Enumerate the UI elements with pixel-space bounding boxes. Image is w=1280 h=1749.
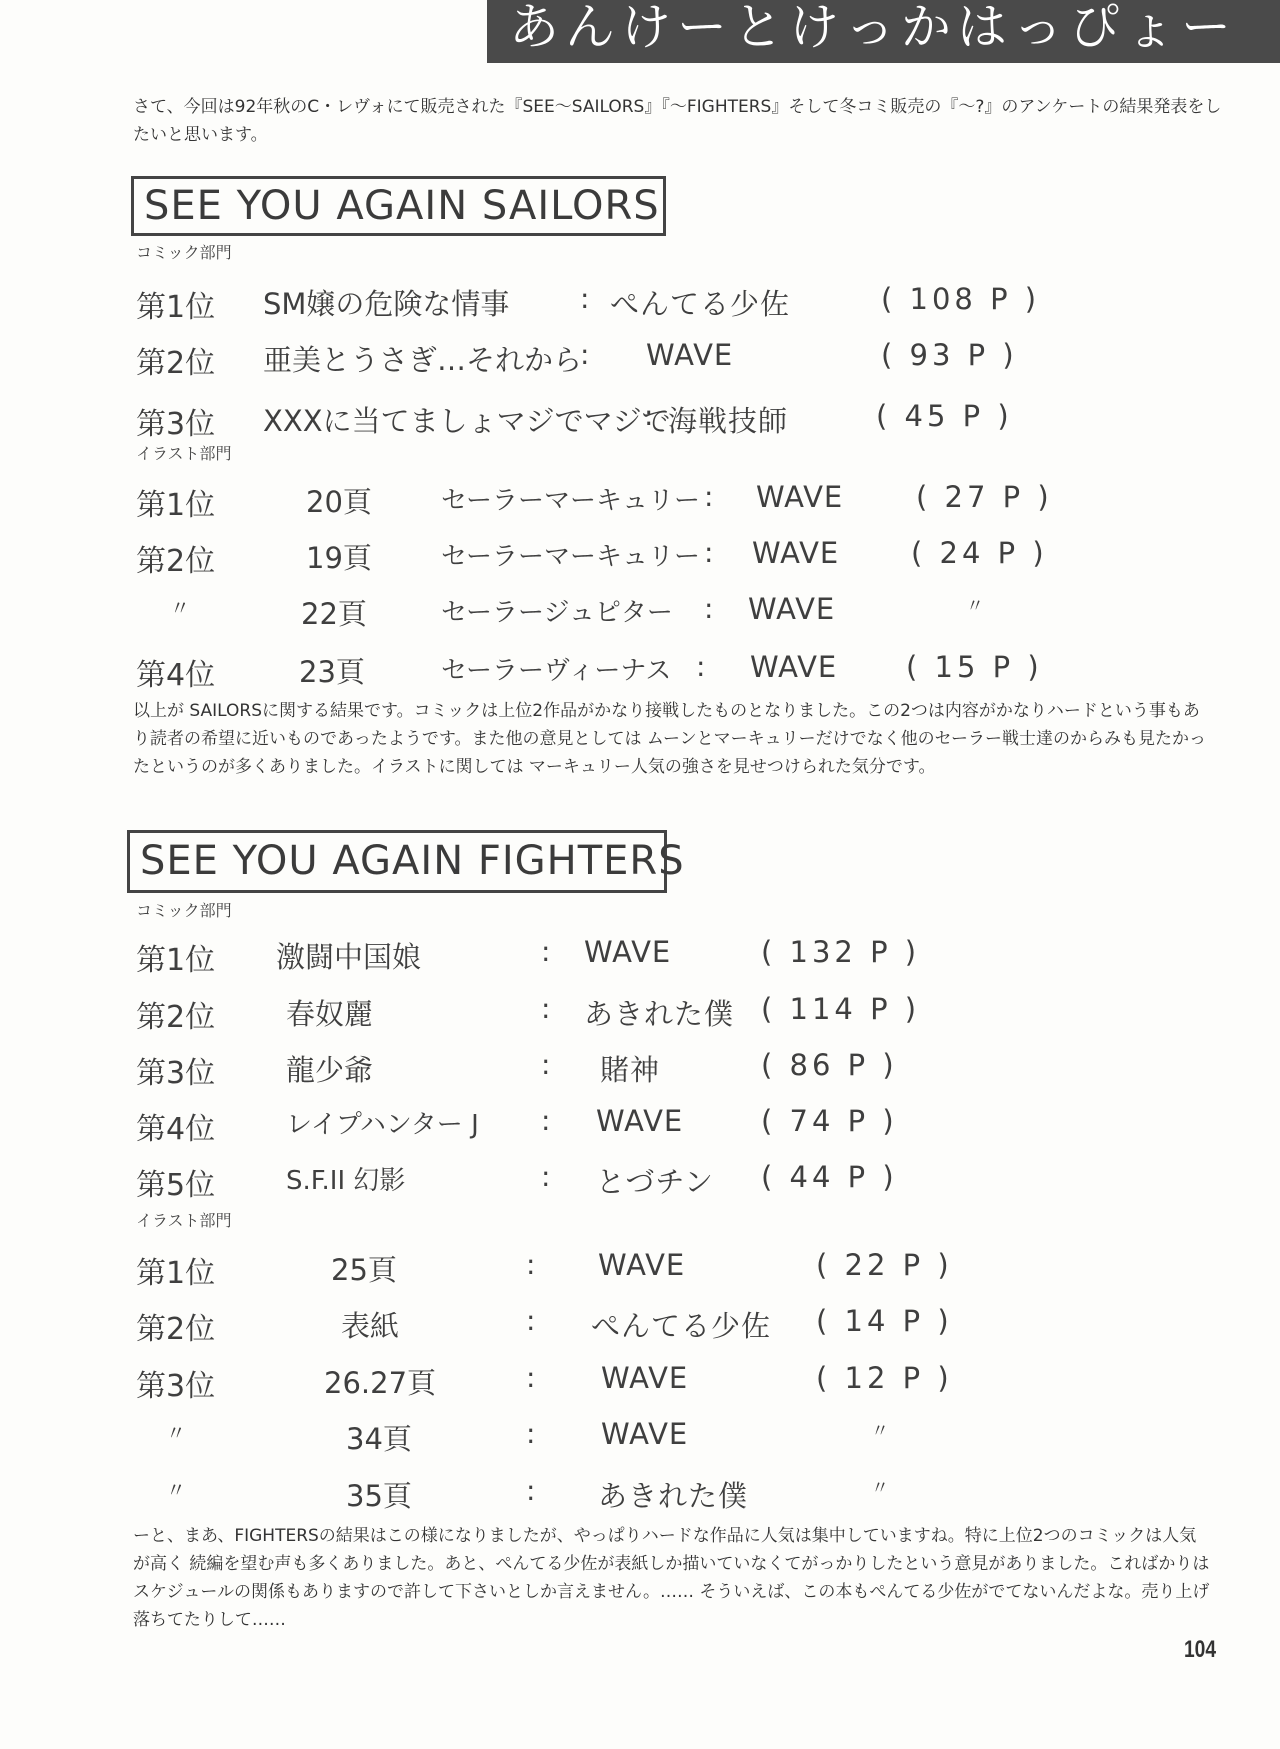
- rank: 第1位: [136, 480, 215, 524]
- item-page: 35頁: [346, 1474, 412, 1515]
- points: 〃: [871, 1417, 893, 1443]
- header-banner: あんけーとけっかはっぴょー: [487, 0, 1280, 63]
- points: ( 15 P ): [906, 650, 1043, 684]
- fighters-comment: ーと、まあ、FIGHTERSの結果はこの様になりましたが、やっぱりハードな作品に…: [133, 1522, 1213, 1634]
- points: ( 14 P ): [816, 1304, 953, 1338]
- work-title: 亜美とうさぎ…それから: [263, 338, 582, 379]
- separator: :: [526, 1361, 535, 1394]
- work-title: セーラーマーキュリー: [441, 536, 700, 573]
- work-title: XXXに当てましょマジでマジで: [263, 399, 671, 440]
- section-heading-fighters: SEE YOU AGAIN FIGHTERS: [127, 830, 667, 893]
- intro-paragraph: さて、今回は92年秋のC・レヴォにて販売された『SEE〜SAILORS』『〜FI…: [133, 93, 1223, 149]
- rank: 第5位: [136, 1160, 215, 1204]
- author: WAVE: [752, 536, 839, 570]
- author: WAVE: [601, 1417, 688, 1451]
- item-page: 表紙: [341, 1304, 399, 1345]
- separator: :: [526, 1474, 535, 1507]
- separator: :: [541, 992, 550, 1025]
- author: WAVE: [756, 480, 843, 514]
- rank: 第2位: [136, 1304, 215, 1348]
- rank: 〃: [166, 1417, 186, 1446]
- section-heading-sailors: SEE YOU AGAIN SAILORS: [131, 176, 666, 236]
- author: ぺんてる少佐: [610, 282, 790, 323]
- points: ( 24 P ): [911, 536, 1048, 570]
- separator: :: [541, 1048, 550, 1081]
- author: 賭神: [600, 1048, 660, 1089]
- author: WAVE: [750, 650, 837, 684]
- points: ( 93 P ): [881, 338, 1018, 372]
- separator: :: [580, 282, 589, 315]
- author: とづチン: [596, 1160, 714, 1201]
- separator: :: [541, 935, 550, 968]
- item-page: 20頁: [306, 480, 372, 521]
- work-title: セーラーマーキュリー: [441, 480, 700, 517]
- author: WAVE: [748, 592, 835, 626]
- author: あきれた僕: [584, 992, 734, 1033]
- work-title: 激闘中国娘: [276, 935, 421, 976]
- separator: :: [526, 1304, 535, 1337]
- author: WAVE: [598, 1248, 685, 1282]
- separator: :: [704, 592, 713, 625]
- fighters-illust-label: イラスト部門: [136, 1208, 232, 1231]
- rank: 第3位: [136, 399, 215, 443]
- author: WAVE: [601, 1361, 688, 1395]
- item-page: 23頁: [299, 650, 365, 691]
- work-title: セーラージュピター: [441, 592, 673, 629]
- item-page: 25頁: [331, 1248, 397, 1289]
- rank: 第1位: [136, 935, 215, 979]
- author: 海戦技師: [668, 399, 788, 440]
- item-page: 22頁: [301, 592, 367, 633]
- points: ( 74 P ): [761, 1104, 898, 1138]
- work-title: 春奴麗: [286, 992, 373, 1033]
- author: ぺんてる少佐: [591, 1304, 771, 1345]
- separator: :: [696, 650, 705, 683]
- separator: :: [580, 338, 589, 371]
- work-title: SM嬢の危険な情事: [263, 282, 509, 323]
- item-page: 19頁: [306, 536, 372, 577]
- points: 〃: [871, 1474, 893, 1500]
- points: ( 12 P ): [816, 1361, 953, 1395]
- rank: 第4位: [136, 650, 215, 694]
- rank: 第3位: [136, 1361, 215, 1405]
- points: 〃: [966, 592, 988, 618]
- points: ( 44 P ): [761, 1160, 898, 1194]
- points: ( 22 P ): [816, 1248, 953, 1282]
- separator: :: [644, 399, 653, 432]
- rank: 第2位: [136, 536, 215, 580]
- work-title: S.F.II 幻影: [286, 1160, 405, 1197]
- section-heading-text: SEE YOU AGAIN FIGHTERS: [140, 838, 685, 884]
- points: ( 132 P ): [761, 935, 920, 969]
- section-heading-text: SEE YOU AGAIN SAILORS: [144, 183, 660, 229]
- author: あきれた僕: [598, 1474, 748, 1515]
- author: WAVE: [596, 1104, 683, 1138]
- separator: :: [526, 1417, 535, 1450]
- separator: :: [541, 1160, 550, 1193]
- rank: 第3位: [136, 1048, 215, 1092]
- points: ( 45 P ): [876, 399, 1013, 433]
- points: ( 108 P ): [881, 282, 1040, 316]
- separator: :: [541, 1104, 550, 1137]
- sailors-comic-label: コミック部門: [136, 240, 232, 263]
- rank: 〃: [166, 1474, 186, 1503]
- points: ( 27 P ): [916, 480, 1053, 514]
- banner-title: あんけーとけっかはっぴょー: [509, 0, 1237, 56]
- sailors-comment: 以上が SAILORSに関する結果です。コミックは上位2作品がかなり接戦したもの…: [133, 697, 1213, 781]
- rank: 第4位: [136, 1104, 215, 1148]
- item-page: 34頁: [346, 1417, 412, 1458]
- page-number: 104: [1184, 1636, 1216, 1664]
- rank: 〃: [170, 592, 190, 621]
- rank: 第1位: [136, 1248, 215, 1292]
- separator: :: [704, 480, 713, 513]
- rank: 第2位: [136, 338, 215, 382]
- work-title: 龍少爺: [286, 1048, 373, 1089]
- separator: :: [704, 536, 713, 569]
- author: WAVE: [584, 935, 671, 969]
- rank: 第1位: [136, 282, 215, 326]
- work-title: セーラーヴィーナス: [441, 650, 671, 687]
- points: ( 86 P ): [761, 1048, 898, 1082]
- rank: 第2位: [136, 992, 215, 1036]
- author: WAVE: [646, 338, 733, 372]
- work-title: レイプハンター J: [286, 1104, 479, 1141]
- sailors-illust-label: イラスト部門: [136, 441, 232, 464]
- fighters-comic-label: コミック部門: [136, 898, 232, 921]
- points: ( 114 P ): [761, 992, 920, 1026]
- item-page: 26.27頁: [324, 1361, 436, 1402]
- separator: :: [526, 1248, 535, 1281]
